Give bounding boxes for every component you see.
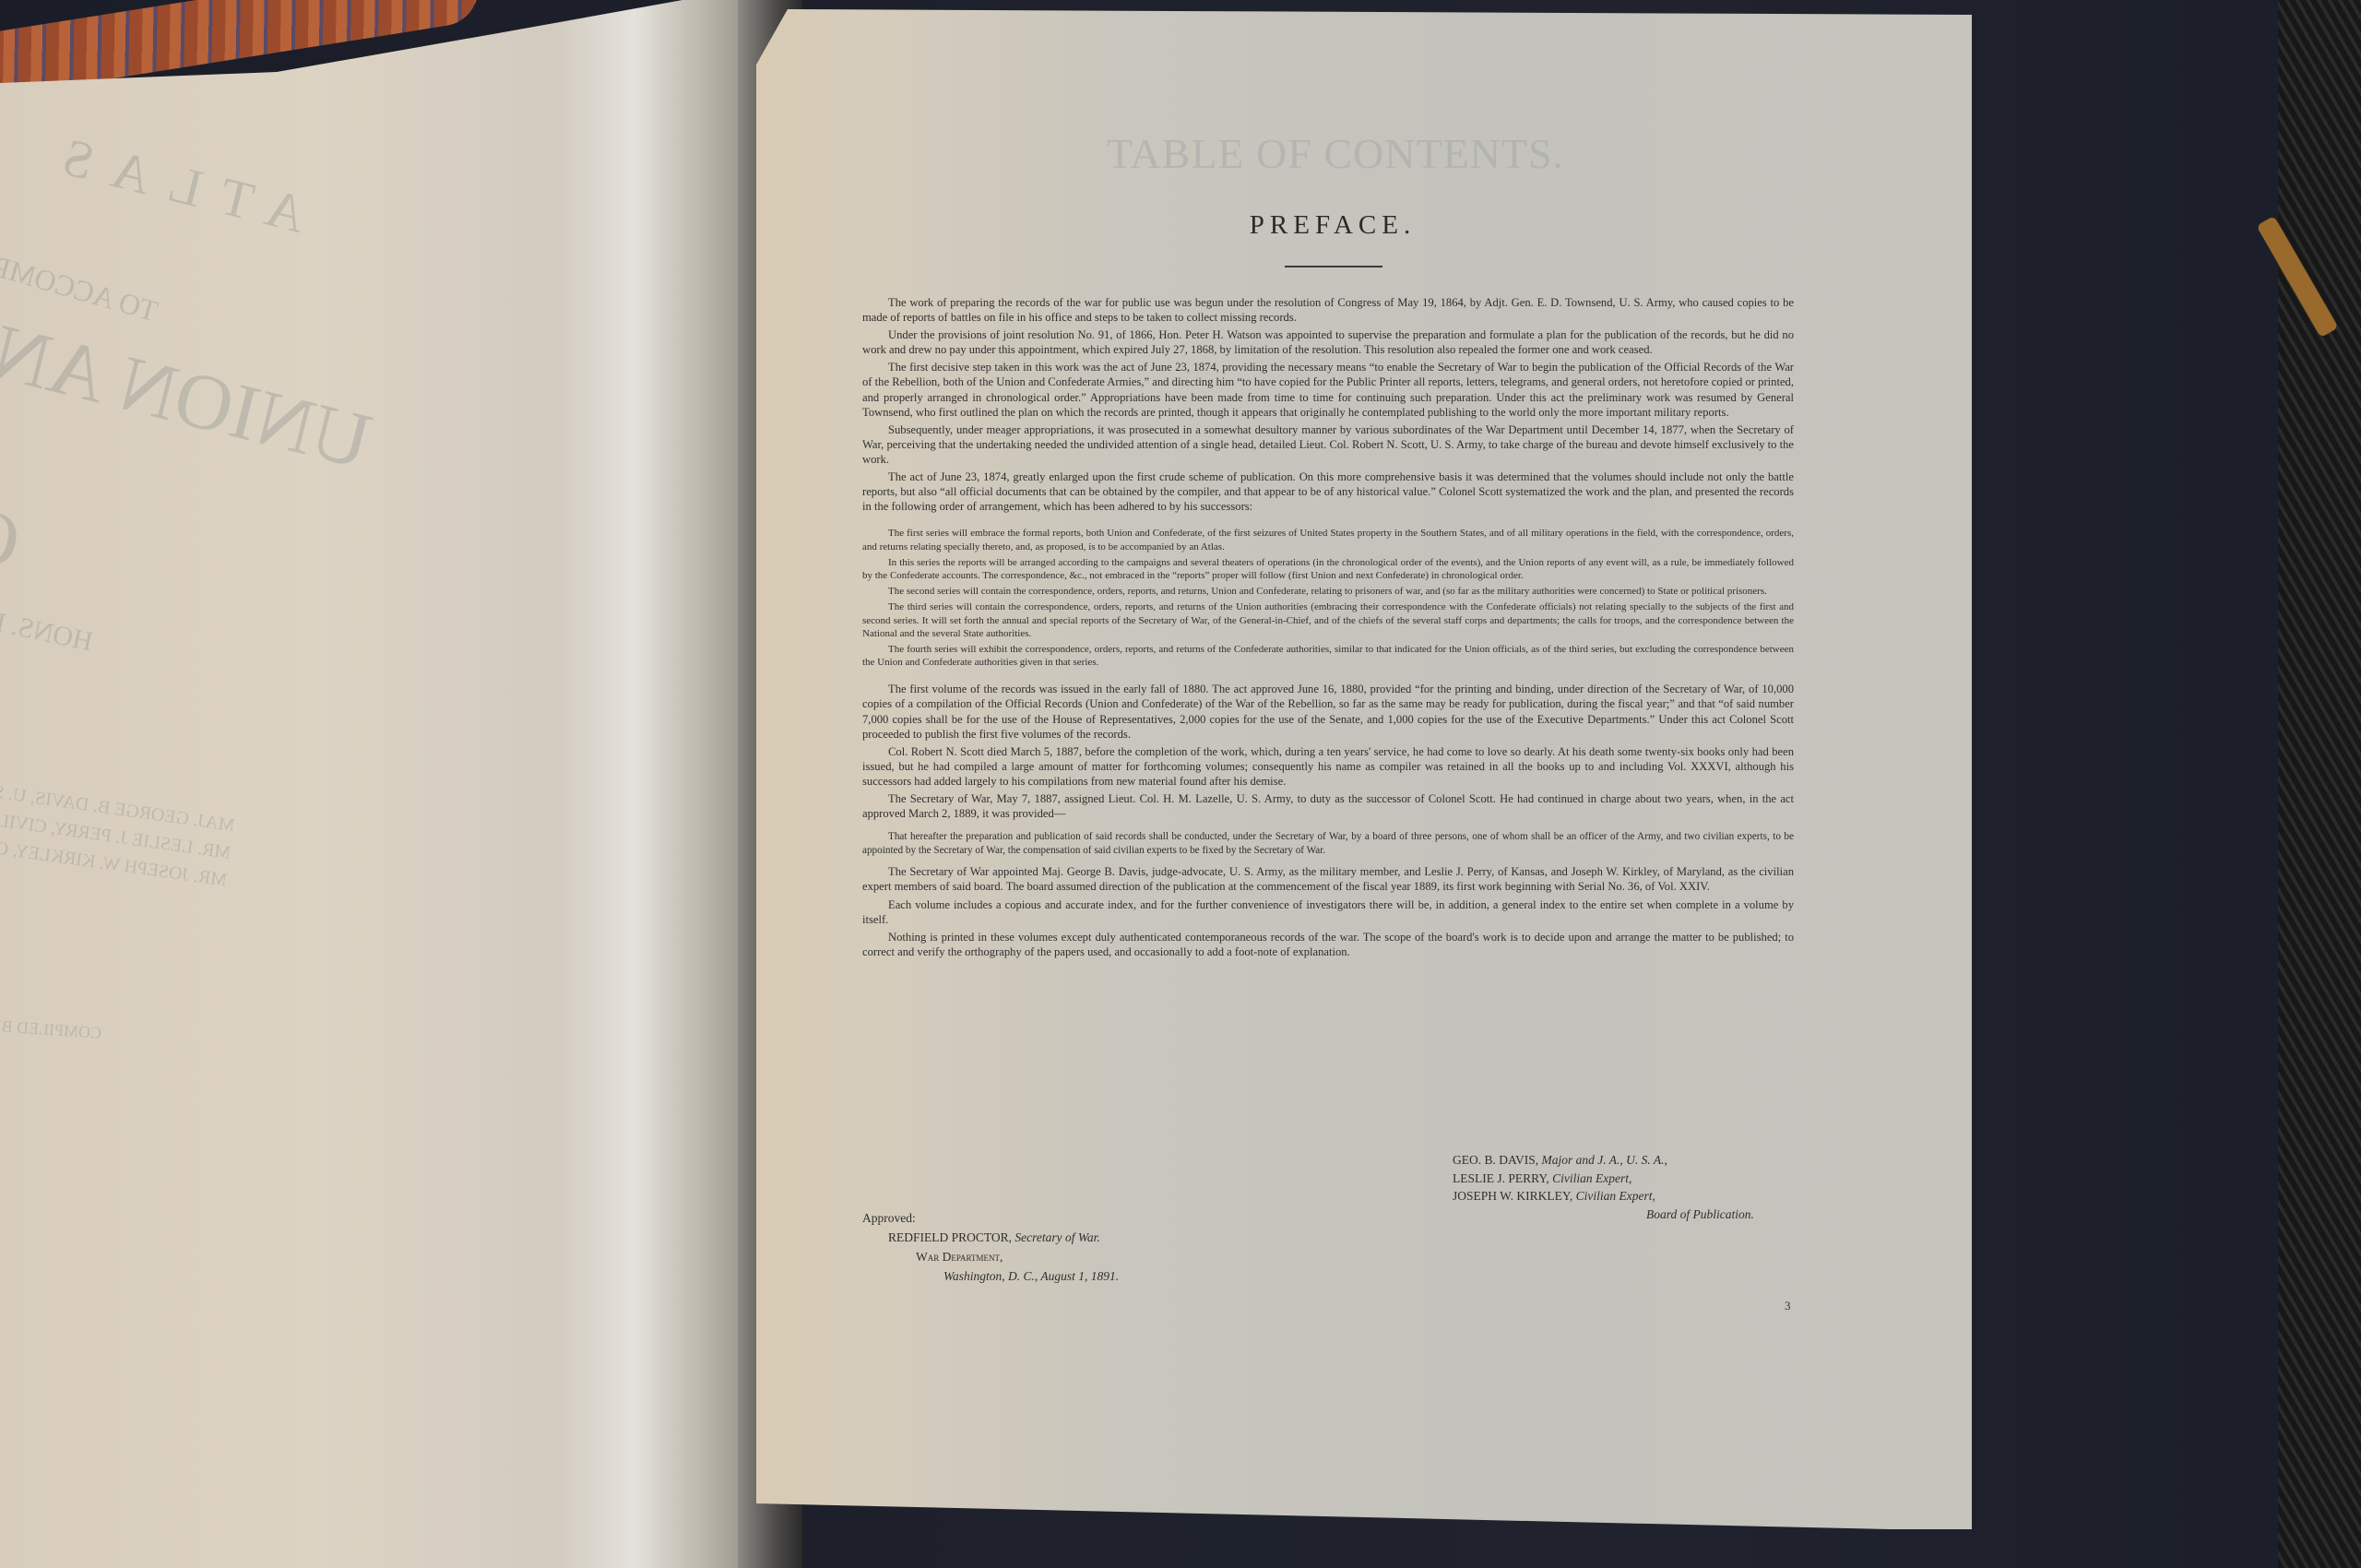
series-item: In this series the reports will be arran… [862,556,1794,582]
title-rule [1285,266,1382,267]
paragraph: The Secretary of War, May 7, 1887, assig… [862,791,1794,821]
paragraph: The work of preparing the records of the… [862,295,1794,325]
paragraph: Nothing is printed in these volumes exce… [862,930,1794,959]
series-item: The fourth series will exhibit the corre… [862,643,1794,669]
paragraph: Under the provisions of joint resolution… [862,327,1794,357]
paragraph: The act of June 23, 1874, greatly enlarg… [862,469,1794,514]
paragraph: The first decisive step taken in this wo… [862,360,1794,419]
signer-role: Major and J. A., U. S. A., [1542,1153,1667,1167]
paragraph: Col. Robert N. Scott died March 5, 1887,… [862,744,1794,789]
board-label: Board of Publication. [1453,1206,1754,1224]
department: War Department, [862,1247,1119,1266]
approver: REDFIELD PROCTOR, Secretary of War. [862,1228,1119,1247]
left-page: ATLAS TO ACCOMPANY THE OFFICIAL RECORDS … [0,0,793,1568]
right-page: TABLE OF CONTENTS. PREFACE. The work of … [756,9,1972,1529]
show-through-armies-1: UNION AND [0,291,380,487]
signature-block: GEO. B. DAVIS, Major and J. A., U. S. A.… [1453,1151,1754,1223]
signer: JOSEPH W. KIRKLEY, Civilian Expert, [1453,1187,1754,1206]
signer: LESLIE J. PERRY, Civilian Expert, [1453,1170,1754,1188]
signer-role: Civilian Expert, [1552,1171,1631,1185]
signer: GEO. B. DAVIS, Major and J. A., U. S. A.… [1453,1151,1754,1170]
show-through-toc-title: TABLE OF CONTENTS. [1107,129,1564,178]
place-date: Washington, D. C., August 1, 1891. [862,1266,1119,1286]
page-number: 3 [1785,1299,1791,1313]
paragraph-group: The first volume of the records was issu… [862,682,1794,821]
signer-name: LESLIE J. PERRY, [1453,1171,1549,1185]
approver-name: REDFIELD PROCTOR, [888,1230,1012,1244]
paragraph: Subsequently, under meager appropriation… [862,422,1794,467]
background-object [2278,0,2361,1568]
show-through-atlas: ATLAS [37,121,312,245]
series-list: The first series will embrace the formal… [862,527,1794,669]
paragraph: The Secretary of War appointed Maj. Geor… [862,864,1794,894]
series-item: The second series will contain the corre… [862,585,1794,598]
series-item: The first series will embrace the formal… [862,527,1794,552]
approval-label: Approved: [862,1208,1119,1228]
show-through-board: MAJ. GEORGE B. DAVIS, U. S. ARMY, MR. LE… [0,759,236,894]
page-title: PREFACE. [862,210,1803,241]
quoted-act: That hereafter the preparation and publi… [862,830,1794,857]
preface-body: The work of preparing the records of the… [862,295,1794,962]
series-item: The third series will contain the corres… [862,600,1794,640]
paragraph: The first volume of the records was issu… [862,682,1794,741]
paragraph: Each volume includes a copious and accur… [862,897,1794,927]
signer-name: GEO. B. DAVIS, [1453,1153,1538,1167]
approver-role: Secretary of War. [1014,1230,1099,1244]
show-through-compiled: COMPILED BY CAPT. CALVIN D. COWLES [0,1002,102,1043]
approval-block: Approved: REDFIELD PROCTOR, Secretary of… [862,1208,1119,1286]
signer-role: Civilian Expert, [1576,1189,1655,1203]
signer-name: JOSEPH W. KIRKLEY, [1453,1189,1572,1203]
